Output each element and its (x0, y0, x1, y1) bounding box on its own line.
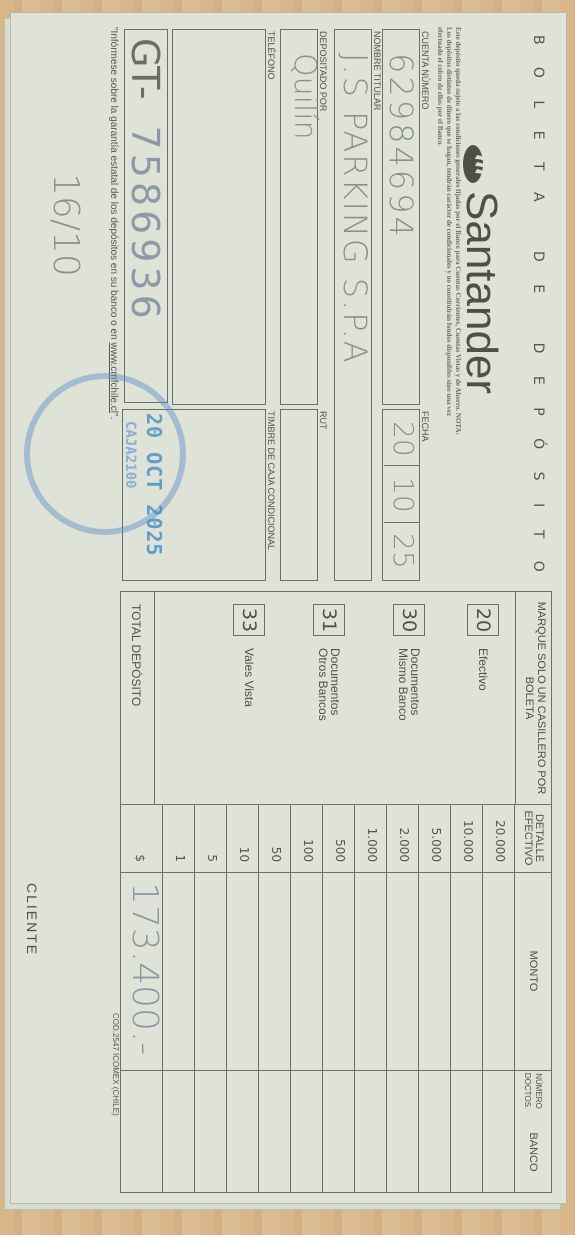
currency-symbol: $ (133, 804, 147, 872)
depositor-value: Quilín (287, 53, 322, 140)
type-code-box-other-banks[interactable]: 31 (313, 604, 345, 636)
stamp-code: CAJA2100 (122, 421, 138, 488)
denomination-1: 1 (173, 804, 187, 872)
deposit-slip: BOLETA DE DEPÓSITO Santander Este depósi… (10, 12, 567, 1204)
handwritten-date-note: 16/10 (45, 173, 86, 277)
slip-title: BOLETA DE DEPÓSITO (530, 35, 546, 594)
table-row-line (290, 804, 291, 1192)
type-label-other-banks: Documentos Otros Bancos (317, 648, 341, 738)
type-code-box-vale-vista[interactable]: 33 (233, 604, 265, 636)
denomination-2000: 2.000 (397, 804, 411, 872)
denomination-5: 5 (205, 804, 219, 872)
phone-field[interactable] (172, 29, 266, 405)
denomination-1000: 1.000 (365, 804, 379, 872)
type-label-cash: Efectivo (477, 648, 489, 691)
denomination-500: 500 (333, 804, 347, 872)
guarantee-note: "Infórmese sobre la garantía estatal de … (108, 27, 119, 419)
cash-detail-header: DETALLE EFECTIVO (515, 804, 551, 872)
print-code: COD.2547 ICOMEX (CHILE) (111, 1013, 120, 1116)
guarantee-note-text: "Infórmese sobre la garantía estatal de … (108, 27, 119, 342)
denomination-50: 50 (269, 804, 283, 872)
table-row-line (226, 804, 227, 1192)
table-row-line (194, 804, 195, 1192)
teller-stamp-label: TIMBRE DE CAJA CONDICIONAL (266, 411, 276, 550)
deposit-slip-rotated: BOLETA DE DEPÓSITO Santander Este depósi… (0, 0, 575, 1235)
table-row-line (418, 804, 419, 1192)
table-row-line (322, 804, 323, 1192)
stamp-date: 20 OCT 2025 (142, 413, 166, 556)
type-code-box-cash[interactable]: 20 (467, 604, 499, 636)
total-deposit-amount: 173.400.- (124, 882, 165, 1055)
account-number-value: 62984694 (382, 53, 420, 240)
phone-label: TELÉFONO (266, 31, 276, 80)
deposit-detail-table: MARQUE SOLO UN CASILLERO POR BOLETA 20 E… (120, 591, 552, 1193)
bank-header: BANCO (515, 1112, 551, 1192)
table-row-line (354, 804, 355, 1192)
date-label: FECHA (420, 411, 430, 442)
denomination-100: 100 (301, 804, 315, 872)
num-docs-header: NÚMERO DOCTOS. (515, 1070, 551, 1112)
type-code-box-same-bank[interactable]: 30 (393, 604, 425, 636)
copy-label: CLIENTE (24, 883, 40, 956)
bank-name: Santander (456, 191, 506, 394)
rut-field[interactable] (280, 409, 318, 581)
date-month: 10 (387, 477, 420, 513)
folio-prefix: GT- (123, 38, 167, 100)
amount-header: MONTO (515, 872, 551, 1070)
table-row-line (258, 804, 259, 1192)
terms-fine-print: Este depósito queda sujeto a las condici… (435, 27, 462, 437)
monto-column-divider (121, 1070, 551, 1071)
type-label-same-bank: Documentos Mismo Banco (397, 648, 421, 738)
folio-number: GT-7586936 (124, 29, 168, 403)
table-row-line (386, 804, 387, 1192)
account-number-label: CUENTA NÚMERO (420, 31, 430, 109)
table-row-line (514, 804, 515, 1192)
date-day: 20 (387, 421, 420, 457)
deposit-type-header: MARQUE SOLO UN CASILLERO POR BOLETA (515, 592, 551, 804)
santander-logo: Santander (456, 143, 506, 394)
total-divider (154, 592, 155, 804)
deposit-type-column: MARQUE SOLO UN CASILLERO POR BOLETA 20 E… (121, 592, 551, 805)
total-deposit-label: TOTAL DEPÓSITO (129, 604, 143, 706)
type-label-vale-vista: Vales Vista (243, 648, 255, 707)
denomination-10000: 10.000 (461, 804, 475, 872)
folio-digits: 7586936 (123, 126, 167, 323)
detail-column-divider (121, 872, 551, 873)
account-holder-value: J.S PARKING S.P.A (336, 53, 374, 365)
denomination-5000: 5.000 (429, 804, 443, 872)
rut-label: RUT (318, 411, 328, 430)
denomination-20000: 20.000 (493, 804, 507, 872)
table-row-line (450, 804, 451, 1192)
table-row-line (482, 804, 483, 1192)
santander-flame-icon (461, 143, 501, 185)
date-year: 25 (387, 533, 420, 569)
denomination-10: 10 (237, 804, 251, 872)
